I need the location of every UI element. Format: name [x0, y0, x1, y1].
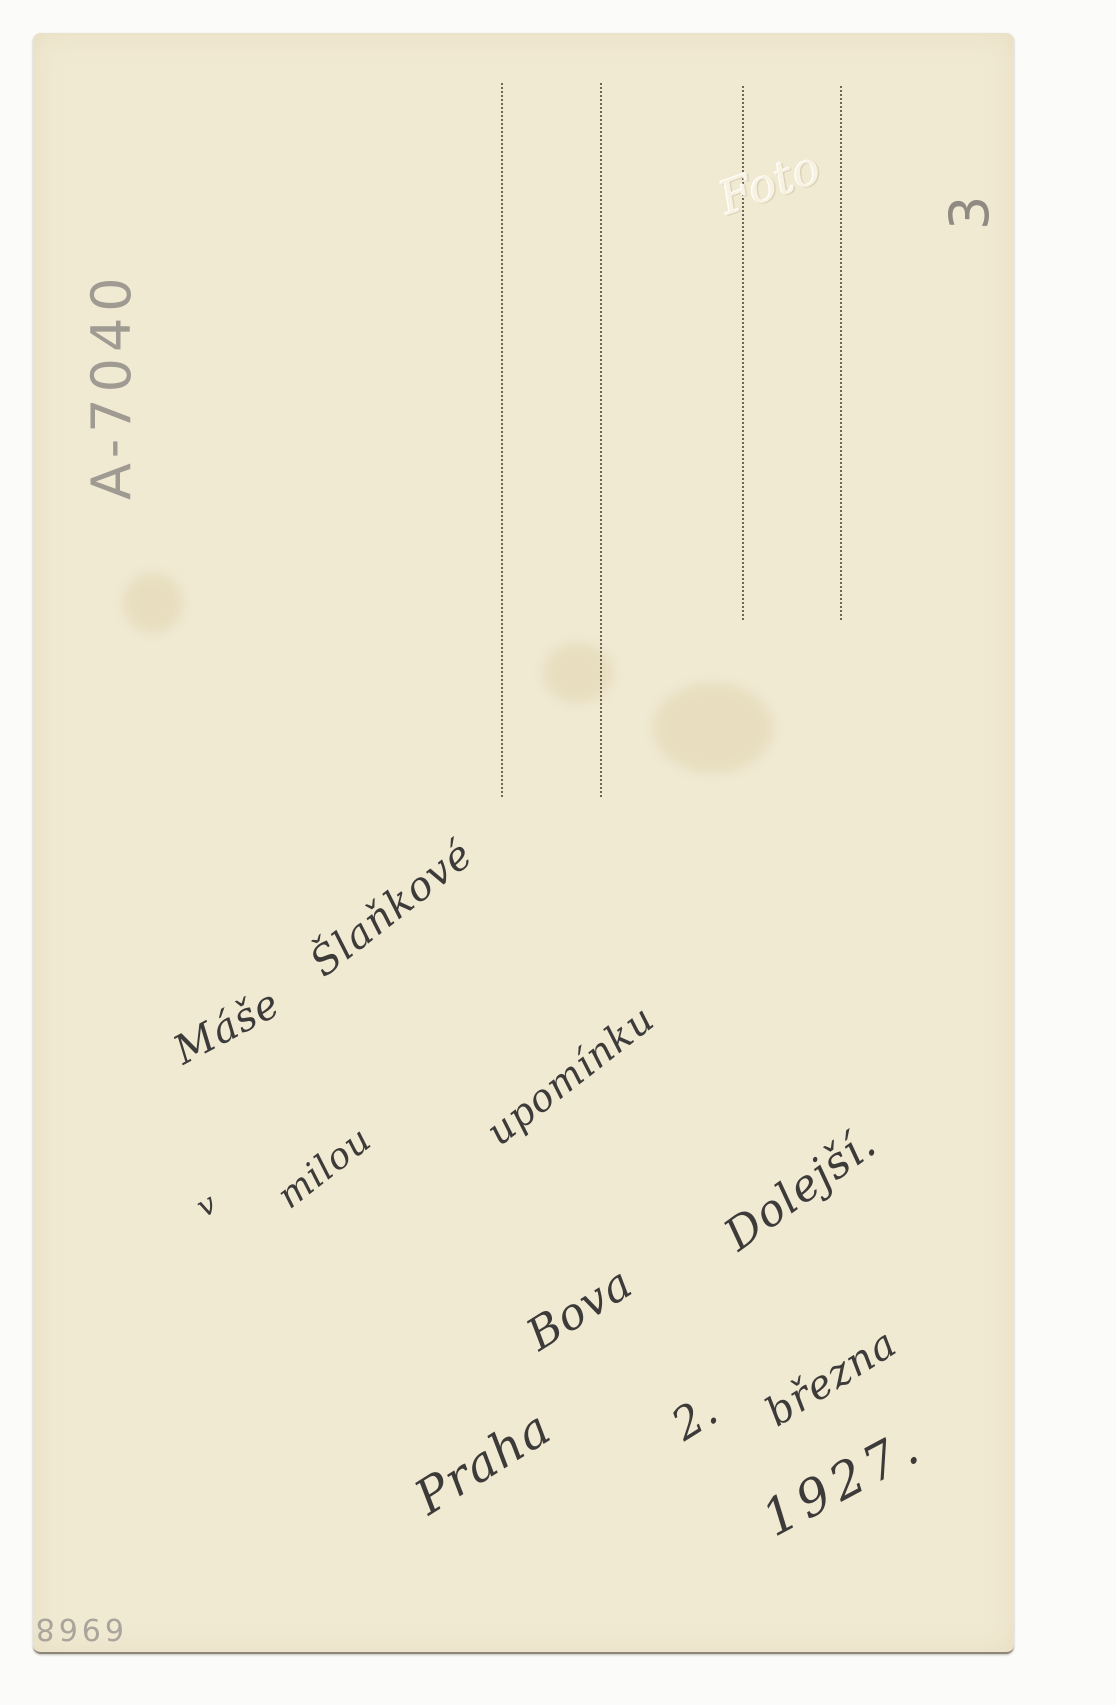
- stamp-box-line-right: [840, 86, 842, 620]
- corner-number-pencil: 3: [938, 196, 1001, 230]
- address-divider-line-2: [600, 83, 602, 797]
- paper-stain: [543, 643, 613, 703]
- catalog-number-pencil: A-7040: [80, 271, 143, 500]
- paper-stain: [123, 573, 183, 633]
- paper-stain: [653, 683, 773, 773]
- address-divider-line-1: [501, 83, 503, 797]
- bottom-left-number-pencil: 6968: [32, 1611, 124, 1646]
